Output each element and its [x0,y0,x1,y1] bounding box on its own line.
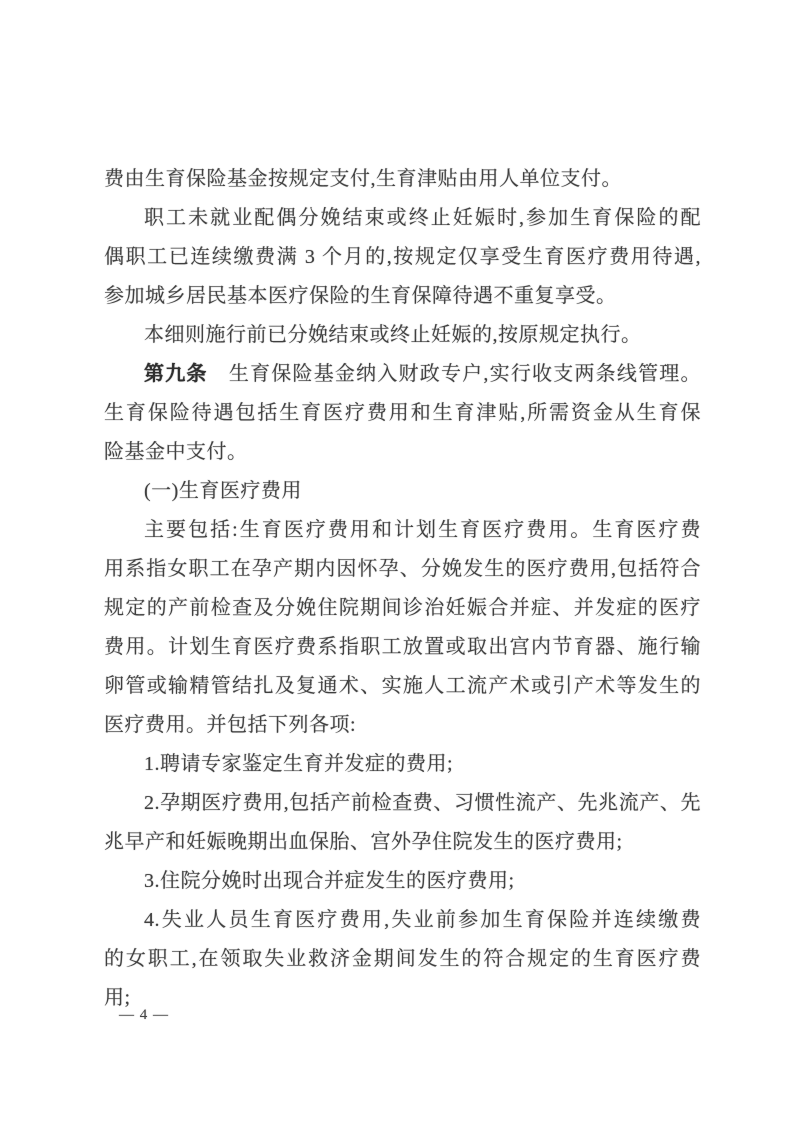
text-line: (一)生育医疗费用 [104,472,701,511]
text-line: 4.失业人员生育医疗费用,失业前参加生育保险并连续缴费 [104,901,701,940]
text-line: 偶职工已连续缴费满 3 个月的,按规定仅享受生育医疗费用待遇, [104,238,701,277]
text-line: 第九条 生育保险基金纳入财政专户,实行收支两条线管理。 [104,355,701,394]
text-line: 参加城乡居民基本医疗保险的生育保障待遇不重复享受。 [104,277,701,316]
page-number: — 4 — [119,1007,169,1024]
article-number-bold: 第九条 [144,363,208,385]
text-line: 本细则施行前已分娩结束或终止妊娠的,按原规定执行。 [104,316,701,355]
text-line: 的女职工,在领取失业救济金期间发生的符合规定的生育医疗费 [104,940,701,979]
document-page: 费由生育保险基金按规定支付,生育津贴由用人单位支付。职工未就业配偶分娩结束或终止… [0,0,800,1124]
text-line: 费由生育保险基金按规定支付,生育津贴由用人单位支付。 [104,160,701,199]
text-line: 医疗费用。并包括下列各项: [104,706,701,745]
text-line: 兆早产和妊娠晚期出血保胎、宫外孕住院发生的医疗费用; [104,823,701,862]
text-line: 职工未就业配偶分娩结束或终止妊娠时,参加生育保险的配 [104,199,701,238]
text-line: 3.住院分娩时出现合并症发生的医疗费用; [104,862,701,901]
text-line: 费用。计划生育医疗费系指职工放置或取出宫内节育器、施行输 [104,628,701,667]
text-line: 2.孕期医疗费用,包括产前检查费、习惯性流产、先兆流产、先 [104,784,701,823]
text-line: 卵管或输精管结扎及复通术、实施人工流产术或引产术等发生的 [104,667,701,706]
text-line: 用系指女职工在孕产期内因怀孕、分娩发生的医疗费用,包括符合 [104,550,701,589]
text-line: 险基金中支付。 [104,433,701,472]
text-line: 规定的产前检查及分娩住院期间诊治妊娠合并症、并发症的医疗 [104,589,701,628]
document-text: 费由生育保险基金按规定支付,生育津贴由用人单位支付。职工未就业配偶分娩结束或终止… [104,160,701,1018]
text-line: 生育保险待遇包括生育医疗费用和生育津贴,所需资金从生育保 [104,394,701,433]
text-line: 用; [104,979,701,1018]
text-line: 主要包括:生育医疗费用和计划生育医疗费用。生育医疗费 [104,511,701,550]
text-line: 1.聘请专家鉴定生育并发症的费用; [104,745,701,784]
